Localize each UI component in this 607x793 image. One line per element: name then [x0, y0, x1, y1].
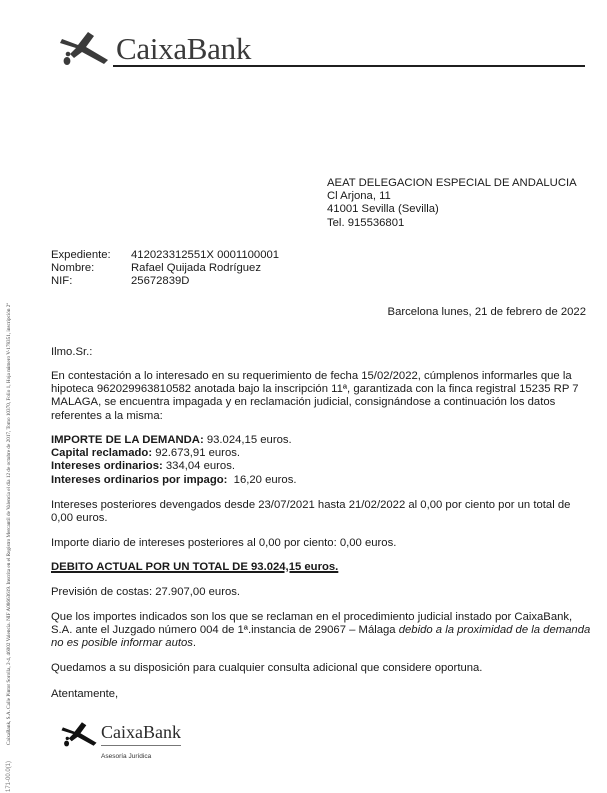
nombre-row: Nombre: Rafael Quijada Rodríguez — [51, 262, 279, 275]
expediente-row: Expediente: 412023312551X 0001100001 — [51, 249, 279, 262]
nif-label: NIF: — [51, 275, 131, 288]
nombre-label: Nombre: — [51, 262, 131, 275]
amount-intereses: Intereses ordinarios: 334,04 euros. — [51, 460, 591, 473]
margin-legal-text: CaixaBank, S.A. Calle Pintor Sorolla, 2-… — [2, 225, 14, 745]
paragraph-line: MALAGA, se encuentra impagada y en recla… — [51, 396, 591, 409]
signature-subtitle: Asesoría Jurídica — [101, 753, 181, 760]
amount-value: 334,04 euros. — [163, 460, 235, 472]
debit-total: DEBITO ACTUAL POR UN TOTAL DE 93.024,15 … — [51, 561, 338, 574]
recipient-line: 41001 Sevilla (Sevilla) — [327, 203, 577, 216]
paragraph-line: Intereses posteriores devengados desde 2… — [51, 499, 591, 512]
amount-value: 93.024,15 euros. — [204, 434, 292, 446]
paragraph-line: Que los importes indicados son los que s… — [51, 611, 591, 624]
date-line: Barcelona lunes, 21 de febrero de 2022 — [388, 306, 586, 319]
amount-capital: Capital reclamado: 92.673,91 euros. — [51, 447, 591, 460]
caixabank-star-icon — [60, 718, 98, 750]
amount-value: 16,20 euros. — [227, 474, 296, 486]
salutation: Ilmo.Sr.: — [51, 346, 92, 359]
amount-label: IMPORTE DE LA DEMANDA: — [51, 434, 204, 446]
paragraph-line: 0,00 euros. — [51, 512, 591, 525]
italic-note: no es posible informar autos — [51, 637, 193, 649]
paragraph-line: no es posible informar autos. — [51, 637, 591, 650]
nif-row: NIF: 25672839D — [51, 275, 279, 288]
paragraph-availability: Quedamos a su disposición para cualquier… — [51, 662, 591, 675]
closing: Atentamente, — [51, 688, 591, 701]
reference-block: Expediente: 412023312551X 0001100001 Nom… — [51, 249, 279, 289]
paragraph-line: hipoteca 962029963810582 anotada bajo la… — [51, 383, 591, 396]
amounts-list: IMPORTE DE LA DEMANDA: 93.024,15 euros. … — [51, 434, 591, 487]
margin-form-code: 171-00.0(1) — [2, 752, 14, 792]
letter-page: CaixaBank AEAT DELEGACION ESPECIAL DE AN… — [0, 0, 607, 793]
amount-label: Capital reclamado: — [51, 447, 152, 459]
expediente-label: Expediente: — [51, 249, 131, 262]
amount-intereses-impago: Intereses ordinarios por impago: 16,20 e… — [51, 474, 591, 487]
nif-value: 25672839D — [131, 275, 189, 288]
paragraph-interests: Intereses posteriores devengados desde 2… — [51, 499, 591, 525]
italic-note: debido a la proximidad de la demanda — [399, 624, 591, 636]
costs-forecast: Previsión de costas: 27.907,00 euros. — [51, 586, 591, 599]
court-text: S.A. ante el Juzgado número 004 de 1ª.in… — [51, 624, 399, 636]
paragraph-intro: En contestación a lo interesado en su re… — [51, 370, 591, 423]
amount-demanda: IMPORTE DE LA DEMANDA: 93.024,15 euros. — [51, 434, 591, 447]
paragraph-line: S.A. ante el Juzgado número 004 de 1ª.in… — [51, 624, 591, 637]
legal-footer: CaixaBank, S.A. Calle Pintor Sorolla, 2-… — [6, 225, 12, 745]
brand-name: CaixaBank — [116, 33, 251, 64]
paragraph-procedure: Que los importes indicados son los que s… — [51, 611, 591, 651]
form-code: 171-00.0(1) — [6, 761, 12, 792]
recipient-line: Tel. 915536801 — [327, 217, 577, 230]
signature-brand: CaixaBank — [101, 722, 181, 746]
recipient-line: Cl Arjona, 11 — [327, 190, 577, 203]
amount-value: 92.673,91 euros. — [152, 447, 240, 459]
recipient-line: AEAT DELEGACION ESPECIAL DE ANDALUCIA — [327, 177, 577, 190]
nombre-value: Rafael Quijada Rodríguez — [131, 262, 261, 275]
paragraph-daily-interest: Importe diario de intereses posteriores … — [51, 537, 591, 550]
recipient-address: AEAT DELEGACION ESPECIAL DE ANDALUCIA Cl… — [327, 177, 577, 230]
caixabank-star-icon — [58, 30, 110, 66]
paragraph-line: En contestación a lo interesado en su re… — [51, 370, 591, 383]
period: . — [193, 637, 196, 649]
expediente-value: 412023312551X 0001100001 — [131, 249, 279, 262]
amount-label: Intereses ordinarios por impago: — [51, 474, 227, 486]
paragraph-line: referentes a la misma: — [51, 410, 591, 423]
header-logo: CaixaBank — [58, 30, 251, 66]
signature-logo: CaixaBank Asesoría Jurídica — [60, 718, 181, 760]
header-divider — [113, 65, 585, 67]
amount-label: Intereses ordinarios: — [51, 460, 163, 472]
